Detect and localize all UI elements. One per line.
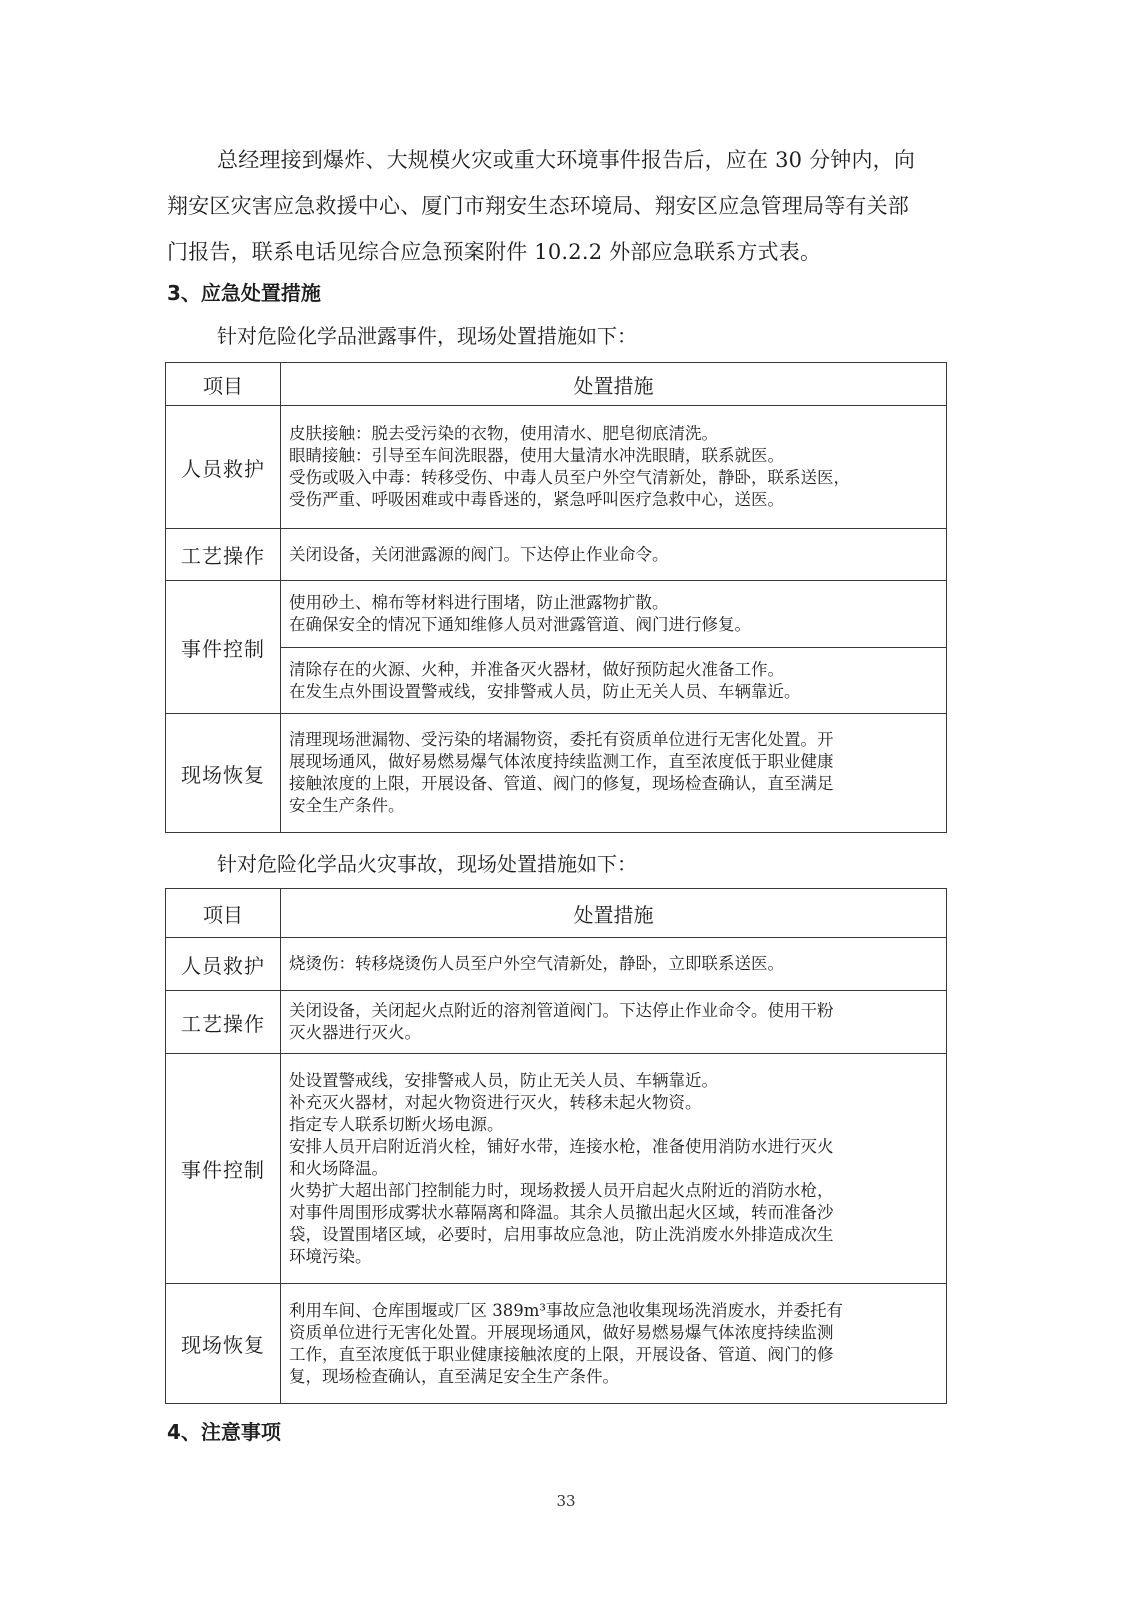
content-line: 接触浓度的上限，开展设备、管道、阀门的修复，现场检查确认，直至满足 xyxy=(289,773,938,795)
table-header-row: 项目 处置措施 xyxy=(166,363,947,406)
content-line: 在确保安全的情况下通知维修人员对泄露管道、阀门进行修复。 xyxy=(289,614,938,636)
row-content: 关闭设备，关闭起火点附近的溶剂管道阀门。下达停止作业命令。使用干粉 灭火器进行灭… xyxy=(281,991,947,1054)
content-line: 清除存在的火源、火种，并准备灭火器材，做好预防起火准备工作。 xyxy=(289,659,938,681)
opening-paragraph: 总经理接到爆炸、大规模火灾或重大环境事件报告后，应在 30 分钟内，向 翔安区灾… xyxy=(167,137,947,275)
content-line: 灭火器进行灭火。 xyxy=(289,1022,938,1044)
section-heading-4: 4、注意事项 xyxy=(167,1416,281,1445)
row-item: 人员救护 xyxy=(166,938,281,991)
content-line: 关闭设备，关闭起火点附近的溶剂管道阀门。下达停止作业命令。使用干粉 xyxy=(289,1000,938,1022)
table-row: 现场恢复 利用车间、仓库围堰或厂区 389m³事故应急池收集现场洗消废水，并委托… xyxy=(166,1284,947,1404)
row-item: 现场恢复 xyxy=(166,1284,281,1404)
content-line: 工作，直至浓度低于职业健康接触浓度的上限，开展设备、管道、阀门的修 xyxy=(289,1344,938,1366)
row-item: 现场恢复 xyxy=(166,714,281,833)
content-line: 环境污染。 xyxy=(289,1246,938,1268)
header-measures: 处置措施 xyxy=(281,889,947,938)
table-row: 工艺操作 关闭设备，关闭泄露源的阀门。下达停止作业命令。 xyxy=(166,529,947,581)
section-heading-3: 3、应急处置措施 xyxy=(167,277,321,306)
header-item: 项目 xyxy=(166,889,281,938)
content-line: 补充灭火器材，对起火物资进行灭火，转移未起火物资。 xyxy=(289,1092,938,1114)
content-line: 资质单位进行无害化处置。开展现场通风，做好易燃易爆气体浓度持续监测 xyxy=(289,1322,938,1344)
row-item: 事件控制 xyxy=(166,581,281,714)
table-row: 工艺操作 关闭设备，关闭起火点附近的溶剂管道阀门。下达停止作业命令。使用干粉 灭… xyxy=(166,991,947,1054)
table-row: 人员救护 皮肤接触：脱去受污染的衣物，使用清水、肥皂彻底清洗。 眼睛接触：引导至… xyxy=(166,406,947,529)
paragraph-line-text: 总经理接到爆炸、大规模火灾或重大环境事件报告后，应在 30 分钟内，向 xyxy=(217,148,915,172)
content-line: 袋，设置围堵区域，必要时，启用事故应急池，防止洗消废水外排造成次生 xyxy=(289,1224,938,1246)
row-content: 使用砂土、棉布等材料进行围堵，防止泄露物扩散。 在确保安全的情况下通知维修人员对… xyxy=(281,581,947,648)
content-line: 受伤严重、呼吸困难或中毒昏迷的，紧急呼叫医疗急救中心，送医。 xyxy=(289,489,938,511)
paragraph-line-text: 翔安区灾害应急救援中心、厦门市翔安生态环境局、翔安区应急管理局等有关部 xyxy=(167,194,909,218)
table-header-row: 项目 处置措施 xyxy=(166,889,947,938)
row-item: 工艺操作 xyxy=(166,991,281,1054)
paragraph-line-text: 门报告，联系电话见综合应急预案附件 10.2.2 外部应急联系方式表。 xyxy=(167,240,821,264)
row-item: 事件控制 xyxy=(166,1054,281,1284)
table-row: 人员救护 烧烫伤：转移烧烫伤人员至户外空气清新处，静卧，立即联系送医。 xyxy=(166,938,947,991)
content-line: 对事件周围形成雾状水幕隔离和降温。其余人员撤出起火区域，转而准备沙 xyxy=(289,1202,938,1224)
row-content: 烧烫伤：转移烧烫伤人员至户外空气清新处，静卧，立即联系送医。 xyxy=(281,938,947,991)
content-line: 清理现场泄漏物、受污染的堵漏物资，委托有资质单位进行无害化处置。开 xyxy=(289,729,938,751)
paragraph-line: 门报告，联系电话见综合应急预案附件 10.2.2 外部应急联系方式表。 xyxy=(167,229,947,275)
table2-intro: 针对危险化学品火灾事故，现场处置措施如下： xyxy=(217,848,637,877)
paragraph-line: 总经理接到爆炸、大规模火灾或重大环境事件报告后，应在 30 分钟内，向 xyxy=(167,137,947,183)
content-line: 和火场降温。 xyxy=(289,1158,938,1180)
row-item: 人员救护 xyxy=(166,406,281,529)
content-line: 展现场通风，做好易燃易爆气体浓度持续监测工作，直至浓度低于职业健康 xyxy=(289,751,938,773)
header-measures: 处置措施 xyxy=(281,363,947,406)
content-line: 受伤或吸入中毒：转移受伤、中毒人员至户外空气清新处，静卧，联系送医， xyxy=(289,467,938,489)
table-row: 事件控制 使用砂土、棉布等材料进行围堵，防止泄露物扩散。 在确保安全的情况下通知… xyxy=(166,581,947,648)
row-content: 利用车间、仓库围堰或厂区 389m³事故应急池收集现场洗消废水，并委托有 资质单… xyxy=(281,1284,947,1404)
row-content: 清理现场泄漏物、受污染的堵漏物资，委托有资质单位进行无害化处置。开 展现场通风，… xyxy=(281,714,947,833)
table-row: 事件控制 处设置警戒线，安排警戒人员，防止无关人员、车辆靠近。 补充灭火器材，对… xyxy=(166,1054,947,1284)
table-row: 现场恢复 清理现场泄漏物、受污染的堵漏物资，委托有资质单位进行无害化处置。开 展… xyxy=(166,714,947,833)
content-line: 眼睛接触：引导至车间洗眼器，使用大量清水冲洗眼睛，联系就医。 xyxy=(289,445,938,467)
header-item: 项目 xyxy=(166,363,281,406)
table-row: 清除存在的火源、火种，并准备灭火器材，做好预防起火准备工作。 在发生点外围设置警… xyxy=(166,648,947,714)
content-line: 指定专人联系切断火场电源。 xyxy=(289,1114,938,1136)
row-content: 处设置警戒线，安排警戒人员，防止无关人员、车辆靠近。 补充灭火器材，对起火物资进… xyxy=(281,1054,947,1284)
page-number: 33 xyxy=(0,1492,1132,1510)
content-line: 复，现场检查确认，直至满足安全生产条件。 xyxy=(289,1366,938,1388)
content-line: 关闭设备，关闭泄露源的阀门。下达停止作业命令。 xyxy=(289,544,938,566)
content-line: 皮肤接触：脱去受污染的衣物，使用清水、肥皂彻底清洗。 xyxy=(289,423,938,445)
content-line: 处设置警戒线，安排警戒人员，防止无关人员、车辆靠近。 xyxy=(289,1070,938,1092)
leak-measures-table: 项目 处置措施 人员救护 皮肤接触：脱去受污染的衣物，使用清水、肥皂彻底清洗。 … xyxy=(165,362,947,833)
row-item: 工艺操作 xyxy=(166,529,281,581)
content-line: 安全生产条件。 xyxy=(289,795,938,817)
row-content: 皮肤接触：脱去受污染的衣物，使用清水、肥皂彻底清洗。 眼睛接触：引导至车间洗眼器… xyxy=(281,406,947,529)
row-content: 关闭设备，关闭泄露源的阀门。下达停止作业命令。 xyxy=(281,529,947,581)
content-line: 使用砂土、棉布等材料进行围堵，防止泄露物扩散。 xyxy=(289,592,938,614)
content-line: 在发生点外围设置警戒线，安排警戒人员，防止无关人员、车辆靠近。 xyxy=(289,681,938,703)
row-content: 清除存在的火源、火种，并准备灭火器材，做好预防起火准备工作。 在发生点外围设置警… xyxy=(281,648,947,714)
content-line: 火势扩大超出部门控制能力时，现场救援人员开启起火点附近的消防水枪， xyxy=(289,1180,938,1202)
fire-measures-table: 项目 处置措施 人员救护 烧烫伤：转移烧烫伤人员至户外空气清新处，静卧，立即联系… xyxy=(165,888,947,1404)
table1-intro: 针对危险化学品泄露事件，现场处置措施如下： xyxy=(217,320,637,349)
content-line: 烧烫伤：转移烧烫伤人员至户外空气清新处，静卧，立即联系送医。 xyxy=(289,953,938,975)
paragraph-line: 翔安区灾害应急救援中心、厦门市翔安生态环境局、翔安区应急管理局等有关部 xyxy=(167,183,947,229)
content-line: 安排人员开启附近消火栓，铺好水带，连接水枪，准备使用消防水进行灭火 xyxy=(289,1136,938,1158)
content-line: 利用车间、仓库围堰或厂区 389m³事故应急池收集现场洗消废水，并委托有 xyxy=(289,1300,938,1322)
